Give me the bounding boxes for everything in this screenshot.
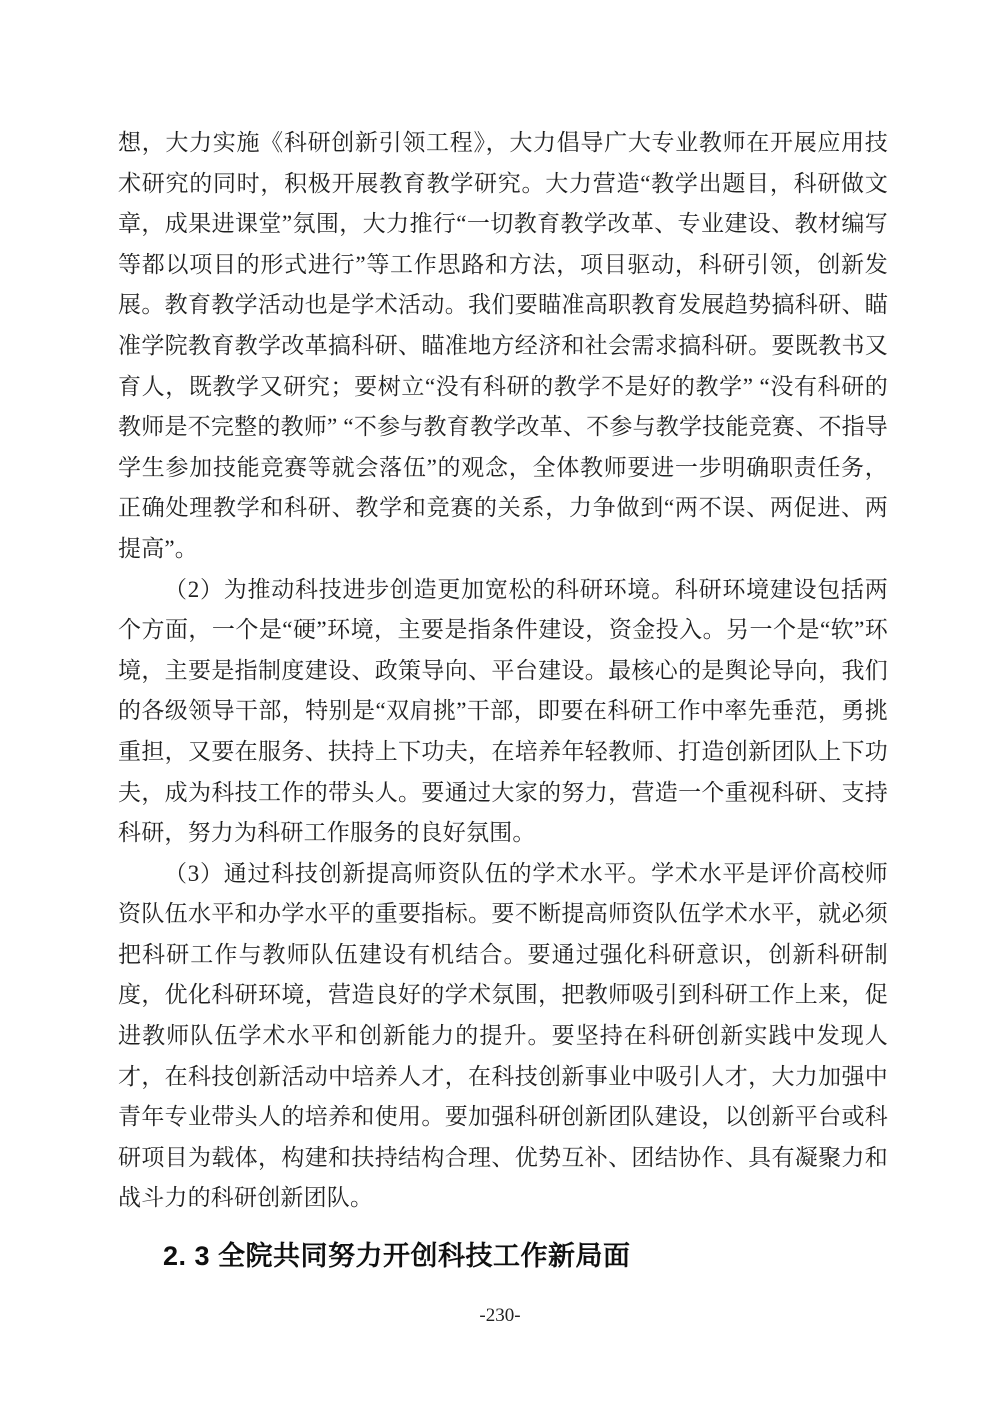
page-body: 想，大力实施《科研创新引领工程》，大力倡导广大专业教师在开展应用技术研究的同时，… <box>118 123 888 1278</box>
section-heading: 2. 3 全院共同努力开创科技工作新局面 <box>118 1234 888 1278</box>
page-number: -230- <box>0 1303 1000 1329</box>
body-paragraph-item-2: （2）为推动科技进步创造更加宽松的科研环境。科研环境建设包括两个方面，一个是“硬… <box>118 570 888 854</box>
document-page: 想，大力实施《科研创新引领工程》，大力倡导广大专业教师在开展应用技术研究的同时，… <box>0 0 1000 1414</box>
body-paragraph-item-3: （3）通过科技创新提高师资队伍的学术水平。学术水平是评价高校师资队伍水平和办学水… <box>118 854 888 1219</box>
body-paragraph-continuation: 想，大力实施《科研创新引领工程》，大力倡导广大专业教师在开展应用技术研究的同时，… <box>118 123 888 570</box>
